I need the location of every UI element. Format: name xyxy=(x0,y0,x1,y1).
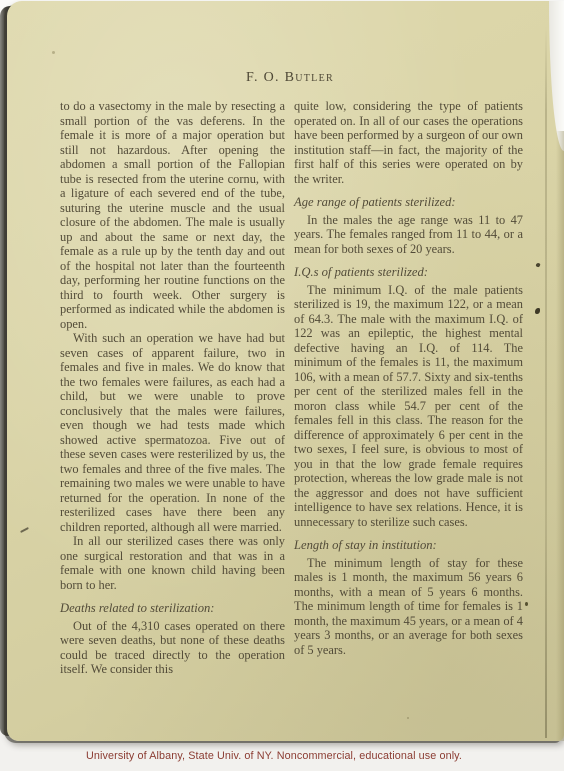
section-heading-iq: I.Q.s of patients sterilized: xyxy=(294,265,523,280)
paragraph-iq: The minimum I.Q. of the male patients st… xyxy=(294,283,523,530)
footer-caption: University of Albany, State Univ. of NY.… xyxy=(0,750,548,762)
left-column: to do a vasectomy in the male by resecti… xyxy=(60,99,285,677)
scan-speck xyxy=(20,527,29,533)
scanned-page: F. O. Butler to do a vasectomy in the ma… xyxy=(7,1,564,741)
scan-viewer: F. O. Butler to do a vasectomy in the ma… xyxy=(0,0,564,771)
page-crease xyxy=(545,26,547,738)
scan-speck xyxy=(52,51,55,54)
section-heading-deaths: Deaths related to sterilization: xyxy=(60,601,285,616)
paragraph-age-range: In the males the age range was 11 to 47 … xyxy=(294,213,523,257)
scan-speck xyxy=(525,602,528,606)
right-column: quite low, considering the type of patie… xyxy=(294,99,523,657)
section-heading-age-range: Age range of patients sterilized: xyxy=(294,195,523,210)
paragraph-deaths: Out of the 4,310 cases operated on there… xyxy=(60,619,285,677)
paragraph-surgeon: quite low, considering the type of patie… xyxy=(294,99,523,186)
paragraph-vasectomy: to do a vasectomy in the male by resecti… xyxy=(60,99,285,331)
paragraph-failures: With such an operation we have had but s… xyxy=(60,331,285,534)
running-header: F. O. Butler xyxy=(59,70,521,86)
page-right-edge-shade xyxy=(556,131,564,741)
paragraph-length-of-stay: The minimum length of stay for these mal… xyxy=(294,556,523,658)
section-heading-length-of-stay: Length of stay in institution: xyxy=(294,538,523,553)
page-corner-curl xyxy=(549,1,564,151)
paragraph-restoration: In all our sterilized cases there was on… xyxy=(60,534,285,592)
scan-speck xyxy=(407,717,409,719)
